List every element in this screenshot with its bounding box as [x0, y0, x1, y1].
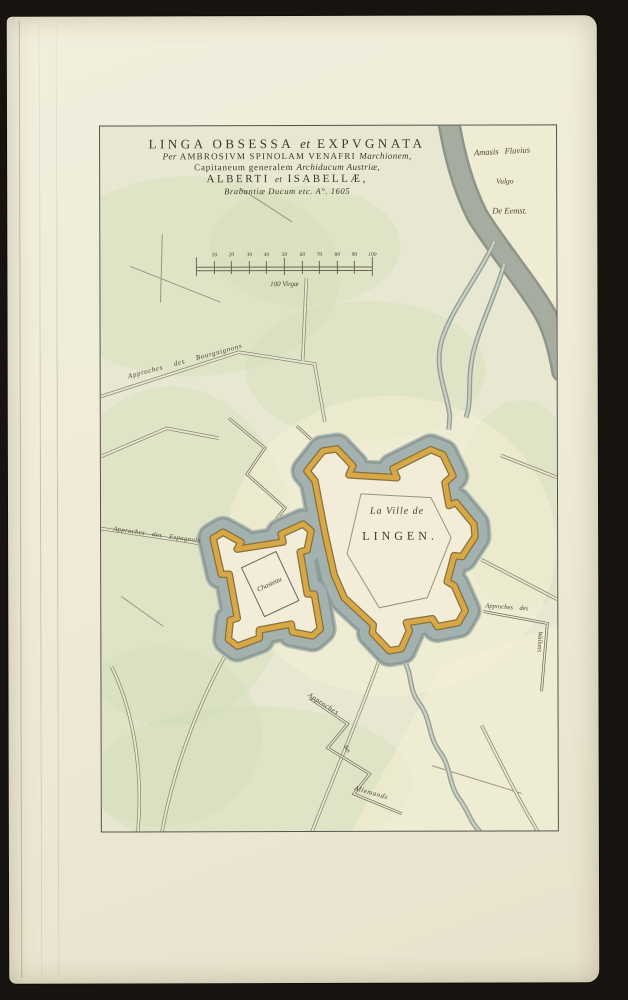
book-page: Chasteau La Ville de LINGEN. Approches d…: [7, 15, 600, 984]
map-canvas: Chasteau La Ville de LINGEN. Approches d…: [100, 125, 558, 831]
label-approaches-walloons-2: Wallons: [536, 631, 544, 652]
label-city-line1: La Ville de: [369, 506, 424, 517]
scale-tick: 50: [282, 252, 288, 258]
scale-tick: 10: [212, 252, 218, 258]
scale-tick: 100: [368, 252, 377, 258]
book-scan: Chasteau La Ville de LINGEN. Approches d…: [0, 0, 628, 1000]
svg-text:Vulgo: Vulgo: [496, 176, 514, 185]
scale-tick: 20: [229, 252, 235, 258]
title-line-4: ALBERTI et ISABELLÆ,: [116, 172, 458, 186]
scale-tick: 70: [317, 252, 323, 258]
map-plate: Chasteau La Ville de LINGEN. Approches d…: [99, 124, 559, 832]
scale-tick: 90: [352, 252, 358, 258]
label-city-line2: LINGEN.: [362, 529, 438, 543]
scale-tick: 80: [335, 252, 341, 258]
map-title: LINGA OBSESSA et EXPVGNATA Per AMBROSIVM…: [116, 136, 458, 196]
page-fold-line: [39, 21, 43, 978]
citadel-fort: Chasteau: [213, 524, 320, 646]
scale-caption: 100 Virgæ: [270, 280, 299, 288]
scale-tick: 40: [264, 251, 270, 258]
page-edge-line: [19, 21, 23, 978]
title-line-5: Brabantiæ Ducum etc. A°. 1605: [116, 185, 458, 196]
page-fold-line: [56, 21, 60, 978]
svg-text:De Eemst.: De Eemst.: [491, 205, 527, 215]
scale-tick: 60: [300, 252, 306, 258]
scale-tick: 30: [246, 252, 253, 258]
title-line-1: LINGA OBSESSA et EXPVGNATA: [116, 136, 458, 152]
title-line-2: Per AMBROSIVM SPINOLAM VENAFRI Marchione…: [116, 151, 458, 163]
